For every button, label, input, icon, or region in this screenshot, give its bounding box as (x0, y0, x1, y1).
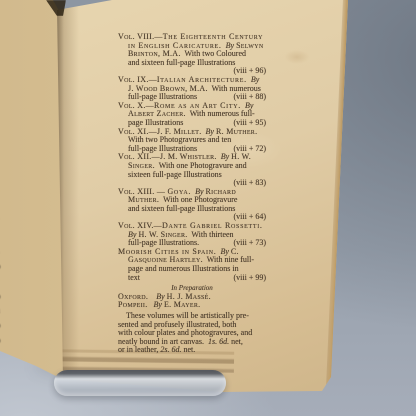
photo-background: { "colors": { "backdrop": "#909aa6", "ba… (0, 0, 416, 416)
page-edge-glyphs: rifisoroaooi (0, 186, 7, 364)
page-fore-edge (326, 0, 349, 398)
book-stand-bar (54, 370, 226, 396)
photo-scene: rifisoroaooi Vol. VIII.—The Eighteenth C… (0, 0, 416, 416)
text-line: or in leather, 2s. 6d. net. (118, 346, 266, 355)
page-count: (viii + 99) (233, 274, 266, 283)
text-line: text(viii + 99) (118, 274, 266, 283)
text-line: Pompeii. By E. Mayer. (118, 301, 266, 310)
catalog-text: Vol. VIII.—The Eighteenth Centuryin Engl… (118, 33, 266, 355)
